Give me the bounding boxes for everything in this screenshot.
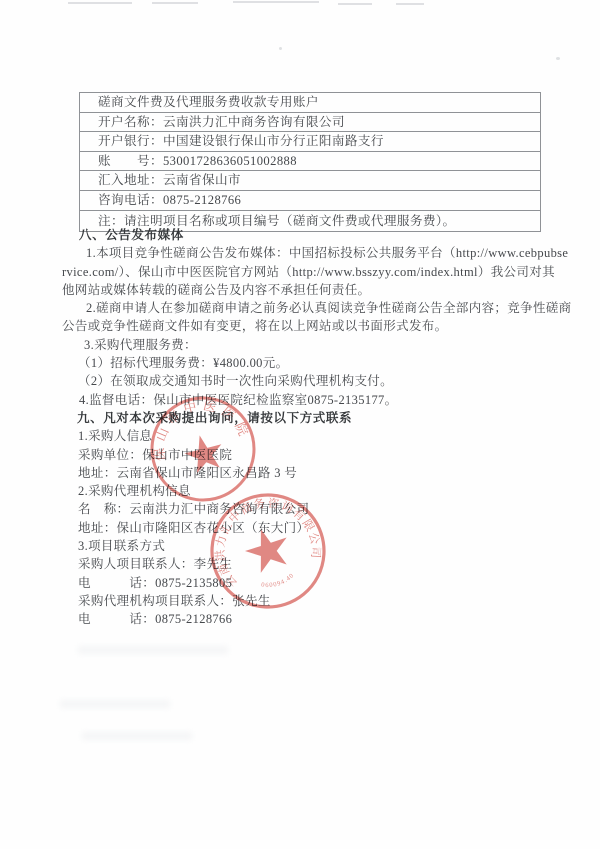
doc-line: 2.磋商申请人在参加磋商申请之前务必认真阅读竞争性磋商公告全部内容；竞争性磋商: [62, 299, 544, 317]
doc-line: 电 话：0875-2128766: [62, 610, 544, 628]
scan-artifact: [82, 732, 192, 740]
scan-artifact: [68, 2, 132, 4]
section-8-heading: 八、公告发布媒体: [62, 226, 544, 244]
doc-line: 2.采购代理机构信息: [62, 482, 544, 500]
doc-line: 采购单位：保山市中医医院: [62, 446, 544, 464]
doc-line: 3.采购代理服务费：: [62, 336, 544, 354]
doc-line: 他网站或媒体转载的磋商公告及内容不承担任何责任。: [62, 281, 544, 299]
section-9-heading: 九、凡对本次采购提出询问，请按以下方式联系: [62, 409, 544, 427]
doc-line: 3.项目联系方式: [62, 537, 544, 555]
doc-line: 1.采购人信息: [62, 427, 544, 445]
scan-artifact: [338, 3, 372, 5]
table-row: 汇入地址：云南省保山市: [80, 171, 540, 191]
scanned-document-page: 磋商文件费及代理服务费收款专用账户 开户名称：云南洪力汇中商务咨询有限公司 开户…: [0, 0, 600, 849]
doc-line: 采购人项目联系人：李先生: [62, 555, 544, 573]
doc-line: 地址：云南省保山市隆阳区永昌路 3 号: [62, 464, 544, 482]
document-body: 八、公告发布媒体 1.本项目竞争性磋商公告发布媒体：中国招标投标公共服务平台（h…: [62, 226, 544, 629]
table-row: 账 号：53001728636051002888: [80, 152, 540, 172]
doc-line: 电 话：0875-2135805: [62, 574, 544, 592]
table-row: 磋商文件费及代理服务费收款专用账户: [80, 93, 540, 113]
doc-line: （2）在领取成交通知书时一次性向采购代理机构支付。: [62, 372, 544, 390]
doc-line: 名 称：云南洪力汇中商务咨询有限公司: [62, 500, 544, 518]
scan-artifact: [279, 47, 282, 50]
table-row: 咨询电话：0875-2128766: [80, 191, 540, 211]
doc-line: 采购代理机构项目联系人：张先生: [62, 592, 544, 610]
doc-line: （1）招标代理服务费：¥4800.00元。: [62, 354, 544, 372]
doc-line: rvice.com/）、保山市中医医院官方网站（http://www.bsszy…: [62, 263, 544, 281]
table-row: 开户名称：云南洪力汇中商务咨询有限公司: [80, 113, 540, 133]
doc-line: 地址：保山市隆阳区杏花小区（东大门）: [62, 519, 544, 537]
doc-line: 1.本项目竞争性磋商公告发布媒体：中国招标投标公共服务平台（http://www…: [62, 244, 544, 262]
scan-artifact: [233, 1, 319, 3]
scan-artifact: [556, 57, 560, 60]
doc-line: 4.监督电话：保山市中医医院纪检监察室0875-2135177。: [62, 391, 544, 409]
scan-artifact: [60, 700, 170, 708]
account-table: 磋商文件费及代理服务费收款专用账户 开户名称：云南洪力汇中商务咨询有限公司 开户…: [79, 92, 541, 232]
table-row: 开户银行：中国建设银行保山市分行正阳南路支行: [80, 132, 540, 152]
doc-line: 公告或竞争性磋商文件如有变更，将在以上网站或以书面形式发布。: [62, 317, 544, 335]
scan-artifact: [78, 646, 228, 654]
scan-artifact: [152, 2, 198, 4]
scan-artifact: [396, 3, 424, 5]
